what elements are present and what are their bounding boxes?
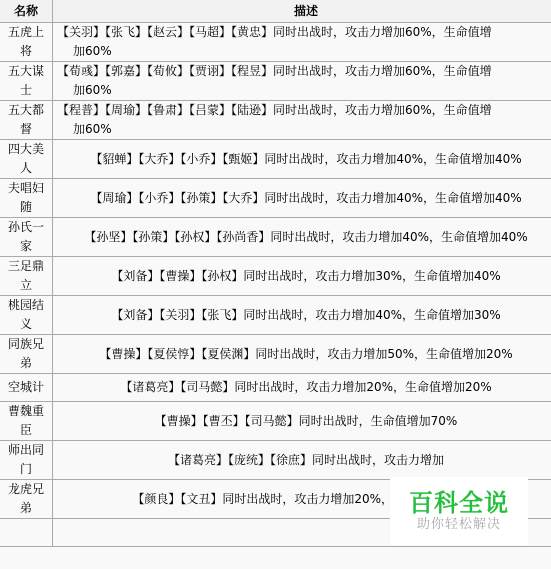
table-row: 同族兄弟 【曹操】【夏侯惇】【夏侯渊】同时出战时，攻击力增加50%，生命值增加2…: [0, 335, 551, 374]
combo-description: 【刘备】【曹操】【孙权】同时出战时，攻击力增加30%，生命值增加40%: [53, 257, 551, 296]
description-line-continued: 加60%: [57, 120, 551, 139]
table-row: 空城计 【诸葛亮】【司马懿】同时出战时，攻击力增加20%，生命值增加20%: [0, 374, 551, 402]
hero-combo-table: 名称 描述 五虎上将 【关羽】【张飞】【赵云】【马超】【黄忠】同时出战时，攻击力…: [0, 0, 551, 547]
combo-name: 五虎上将: [0, 23, 53, 62]
watermark-subtitle: 助你轻松解决: [390, 517, 528, 533]
combo-description: 【曹操】【曹丕】【司马懿】同时出战时，生命值增加70%: [53, 402, 551, 441]
combo-name-empty: [0, 519, 53, 547]
table-row: 五大谋士 【荀彧】【郭嘉】【荀攸】【贾诩】【程昱】同时出战时，攻击力增加60%，…: [0, 62, 551, 101]
combo-description: 【孙坚】【孙策】【孙权】【孙尚香】同时出战时，攻击力增加40%，生命值增加40%: [53, 218, 551, 257]
table-row: 师出同门 【诸葛亮】【庞统】【徐庶】同时出战时，攻击力增加: [0, 441, 551, 480]
column-header-description: 描述: [53, 0, 551, 23]
description-line: 【程普】【周瑜】【鲁肃】【吕蒙】【陆逊】同时出战时，攻击力增加60%，生命值增: [57, 103, 492, 117]
combo-name: 五大谋士: [0, 62, 53, 101]
combo-name: 曹魏重臣: [0, 402, 53, 441]
table-row: 桃园结义 【刘备】【关羽】【张飞】同时出战时，攻击力增加40%，生命值增加30%: [0, 296, 551, 335]
combo-name: 孙氏一家: [0, 218, 53, 257]
combo-description: 【荀彧】【郭嘉】【荀攸】【贾诩】【程昱】同时出战时，攻击力增加60%，生命值增 …: [53, 62, 551, 101]
combo-name: 四大美人: [0, 140, 53, 179]
combo-description: 【刘备】【关羽】【张飞】同时出战时，攻击力增加40%，生命值增加30%: [53, 296, 551, 335]
combo-description: 【关羽】【张飞】【赵云】【马超】【黄忠】同时出战时，攻击力增加60%，生命值增 …: [53, 23, 551, 62]
table-row: 曹魏重臣 【曹操】【曹丕】【司马懿】同时出战时，生命值增加70%: [0, 402, 551, 441]
combo-description: 【貂蝉】【大乔】【小乔】【甄姬】同时出战时，攻击力增加40%，生命值增加40%: [53, 140, 551, 179]
combo-name: 夫唱妇随: [0, 179, 53, 218]
combo-name: 龙虎兄弟: [0, 480, 53, 519]
table-row: 三足鼎立 【刘备】【曹操】【孙权】同时出战时，攻击力增加30%，生命值增加40%: [0, 257, 551, 296]
description-line: 【关羽】【张飞】【赵云】【马超】【黄忠】同时出战时，攻击力增加60%，生命值增: [57, 25, 492, 39]
combo-description: 【周瑜】【小乔】【孙策】【大乔】同时出战时，攻击力增加40%，生命值增加40%: [53, 179, 551, 218]
description-line: 【荀彧】【郭嘉】【荀攸】【贾诩】【程昱】同时出战时，攻击力增加60%，生命值增: [57, 64, 492, 78]
combo-name: 五大都督: [0, 101, 53, 140]
combo-description: 【诸葛亮】【庞统】【徐庶】同时出战时，攻击力增加: [53, 441, 551, 480]
table-row: 夫唱妇随 【周瑜】【小乔】【孙策】【大乔】同时出战时，攻击力增加40%，生命值增…: [0, 179, 551, 218]
combo-description: 【程普】【周瑜】【鲁肃】【吕蒙】【陆逊】同时出战时，攻击力增加60%，生命值增 …: [53, 101, 551, 140]
combo-description: 【曹操】【夏侯惇】【夏侯渊】同时出战时，攻击力增加50%，生命值增加20%: [53, 335, 551, 374]
description-line-continued: 加60%: [57, 42, 551, 61]
combo-name: 师出同门: [0, 441, 53, 480]
watermark-title: 百科全说: [390, 489, 528, 517]
table-row: 五大都督 【程普】【周瑜】【鲁肃】【吕蒙】【陆逊】同时出战时，攻击力增加60%，…: [0, 101, 551, 140]
column-header-name: 名称: [0, 0, 53, 23]
combo-name: 同族兄弟: [0, 335, 53, 374]
combo-name: 三足鼎立: [0, 257, 53, 296]
table-row: 孙氏一家 【孙坚】【孙策】【孙权】【孙尚香】同时出战时，攻击力增加40%，生命值…: [0, 218, 551, 257]
combo-name: 空城计: [0, 374, 53, 402]
table-row: 五虎上将 【关羽】【张飞】【赵云】【马超】【黄忠】同时出战时，攻击力增加60%，…: [0, 23, 551, 62]
description-line-continued: 加60%: [57, 81, 551, 100]
combo-name: 桃园结义: [0, 296, 53, 335]
combo-description: 【诸葛亮】【司马懿】同时出战时，攻击力增加20%，生命值增加20%: [53, 374, 551, 402]
table-row: 四大美人 【貂蝉】【大乔】【小乔】【甄姬】同时出战时，攻击力增加40%，生命值增…: [0, 140, 551, 179]
watermark-logo: 百科全说 助你轻松解决: [390, 477, 528, 545]
table-header-row: 名称 描述: [0, 0, 551, 23]
